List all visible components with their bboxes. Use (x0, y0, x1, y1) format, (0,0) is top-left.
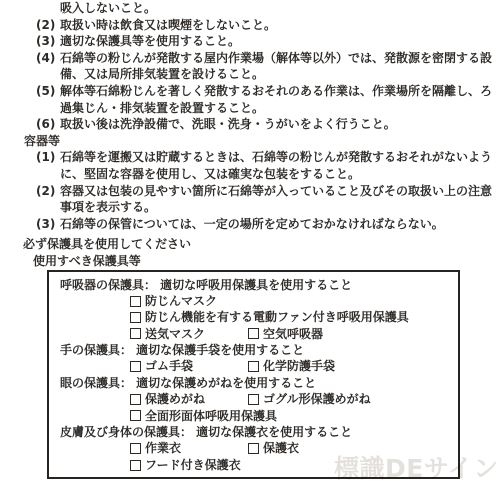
container-item-1-continuation: に、堅固な容器を使用し、又は確実な包装をすること。 (0, 166, 500, 183)
checkbox-label: 保護衣 (263, 440, 299, 456)
checkbox-label: 送気マスク (145, 326, 205, 342)
checkbox-item: ゴム手袋 (130, 358, 248, 374)
checkbox-item: 防じんマスク (130, 293, 248, 309)
document-page: 吸入しないこと。 (2) 取扱い時は飲食又は喫煙をしないこと。 (3) 適切な保… (0, 0, 500, 479)
item-text: 容器又は包装の見やすい箇所に石綿等が入っていること及びその取扱い上の注意 (60, 184, 492, 198)
checkbox-label: ゴグル形保護めがね (263, 391, 371, 407)
checkbox-row: 全面形面体呼吸用保護具 (49, 408, 458, 424)
checkbox-label: フード付き保護衣 (145, 457, 241, 473)
item-number: (1) (36, 149, 55, 166)
checkbox-item: 保護衣 (248, 440, 299, 456)
checkbox-icon (130, 443, 141, 454)
item-number: (4) (36, 50, 55, 67)
item-number: (3) (36, 33, 55, 50)
item-number: (2) (36, 17, 55, 34)
checkbox-item: 作業衣 (130, 440, 248, 456)
watermark: 標識DEサイン (334, 449, 499, 485)
item-text: 石綿等を運搬又は貯蔵するときは、石綿等の粉じんが発散するおそれがないよう (60, 150, 492, 164)
checkbox-icon (130, 394, 141, 405)
checkbox-row: 送気マスク 空気呼吸器 (49, 326, 458, 342)
handling-item-4-continuation: 備、又は局所排気装置を設けること。 (0, 66, 500, 83)
checkbox-icon (248, 328, 259, 339)
ppe-group-label-eyes: 眼の保護具： 適切な保護めがねを使用すること (49, 375, 458, 391)
checkbox-icon (130, 460, 141, 471)
item-1-continuation: 吸入しないこと。 (0, 0, 500, 17)
handling-item-5: (5) 解体等石綿粉じんを著しく発散するおそれのある作業は、作業場所を隔離し、ろ (0, 83, 500, 100)
handling-item-3: (3) 適切な保護具等を使用すること。 (0, 33, 500, 50)
container-section-heading: 容器等 (0, 133, 500, 150)
checkbox-item: 空気呼吸器 (248, 326, 323, 342)
item-number: (6) (36, 116, 55, 133)
checkbox-icon (248, 361, 259, 372)
item-text: 取扱い後は洗浄設備で、洗眼・洗身・うがいをよく行うこと。 (60, 117, 396, 131)
item-text: 解体等石綿粉じんを著しく発散するおそれのある作業は、作業場所を隔離し、ろ (60, 84, 492, 98)
checkbox-row: 防じんマスク (49, 293, 458, 309)
item-text: 石綿等の粉じんが発散する屋内作業場（解体等以外）では、発散源を密閉する設 (60, 51, 492, 65)
ppe-group-label-respiratory: 呼吸器の保護具： 適切な呼吸用保護具を使用すること (49, 277, 458, 293)
checkbox-label: ゴム手袋 (145, 358, 193, 374)
ppe-box: 呼吸器の保護具： 適切な呼吸用保護具を使用すること 防じんマスク 防じん機能を有… (47, 270, 460, 480)
checkbox-label: 作業衣 (145, 440, 181, 456)
ppe-section-heading: 必ず保護具を使用してください (0, 236, 500, 253)
checkbox-label: 化学防護手袋 (263, 358, 335, 374)
checkbox-label: 保護めがね (145, 391, 205, 407)
handling-item-6: (6) 取扱い後は洗浄設備で、洗眼・洗身・うがいをよく行うこと。 (0, 116, 500, 133)
item-text: 取扱い時は飲食又は喫煙をしないこと。 (60, 18, 276, 32)
container-item-3: (3) 石綿等の保管については、一定の場所を定めておかなければならない。 (0, 216, 500, 233)
checkbox-icon (248, 394, 259, 405)
handling-item-5-continuation: 過集じん・排気装置を設置すること。 (0, 100, 500, 117)
checkbox-row: 防じん機能を有する電動ファン付き呼吸用保護具 (49, 309, 458, 325)
handling-item-2: (2) 取扱い時は飲食又は喫煙をしないこと。 (0, 17, 500, 34)
checkbox-item: フード付き保護衣 (130, 457, 248, 473)
checkbox-row: 保護めがね ゴグル形保護めがね (49, 391, 458, 407)
checkbox-item: 防じん機能を有する電動ファン付き呼吸用保護具 (130, 309, 409, 325)
handling-item-4: (4) 石綿等の粉じんが発散する屋内作業場（解体等以外）では、発散源を密閉する設 (0, 50, 500, 67)
checkbox-row: ゴム手袋 化学防護手袋 (49, 358, 458, 374)
checkbox-icon (130, 296, 141, 307)
checkbox-label: 防じんマスク (145, 293, 217, 309)
checkbox-icon (248, 443, 259, 454)
ppe-group-label-hands: 手の保護具： 適切な保護手袋を使用すること (49, 342, 458, 358)
checkbox-icon (130, 410, 141, 421)
item-number: (2) (36, 183, 55, 200)
item-text: 適切な保護具等を使用すること。 (60, 34, 240, 48)
checkbox-item: ゴグル形保護めがね (248, 391, 371, 407)
checkbox-label: 空気呼吸器 (263, 326, 323, 342)
checkbox-label: 防じん機能を有する電動ファン付き呼吸用保護具 (145, 309, 409, 325)
checkbox-item: 全面形面体呼吸用保護具 (130, 408, 277, 424)
checkbox-icon (130, 312, 141, 323)
checkbox-item: 送気マスク (130, 326, 248, 342)
container-item-1: (1) 石綿等を運搬又は貯蔵するときは、石綿等の粉じんが発散するおそれがないよう (0, 149, 500, 166)
ppe-group-label-skin-body: 皮膚及び身体の保護具： 適切な保護衣を使用すること (49, 424, 458, 440)
container-item-2: (2) 容器又は包装の見やすい箇所に石綿等が入っていること及びその取扱い上の注意 (0, 183, 500, 200)
checkbox-icon (130, 328, 141, 339)
checkbox-label: 全面形面体呼吸用保護具 (145, 408, 277, 424)
item-number: (3) (36, 216, 55, 233)
checkbox-item: 化学防護手袋 (248, 358, 335, 374)
checkbox-item: 保護めがね (130, 391, 248, 407)
item-number: (5) (36, 83, 55, 100)
checkbox-icon (130, 361, 141, 372)
container-item-2-continuation: 事項を表示する。 (0, 199, 500, 216)
item-text: 石綿等の保管については、一定の場所を定めておかなければならない。 (60, 217, 444, 231)
ppe-section-subheading: 使用すべき保護具等 (0, 253, 500, 270)
